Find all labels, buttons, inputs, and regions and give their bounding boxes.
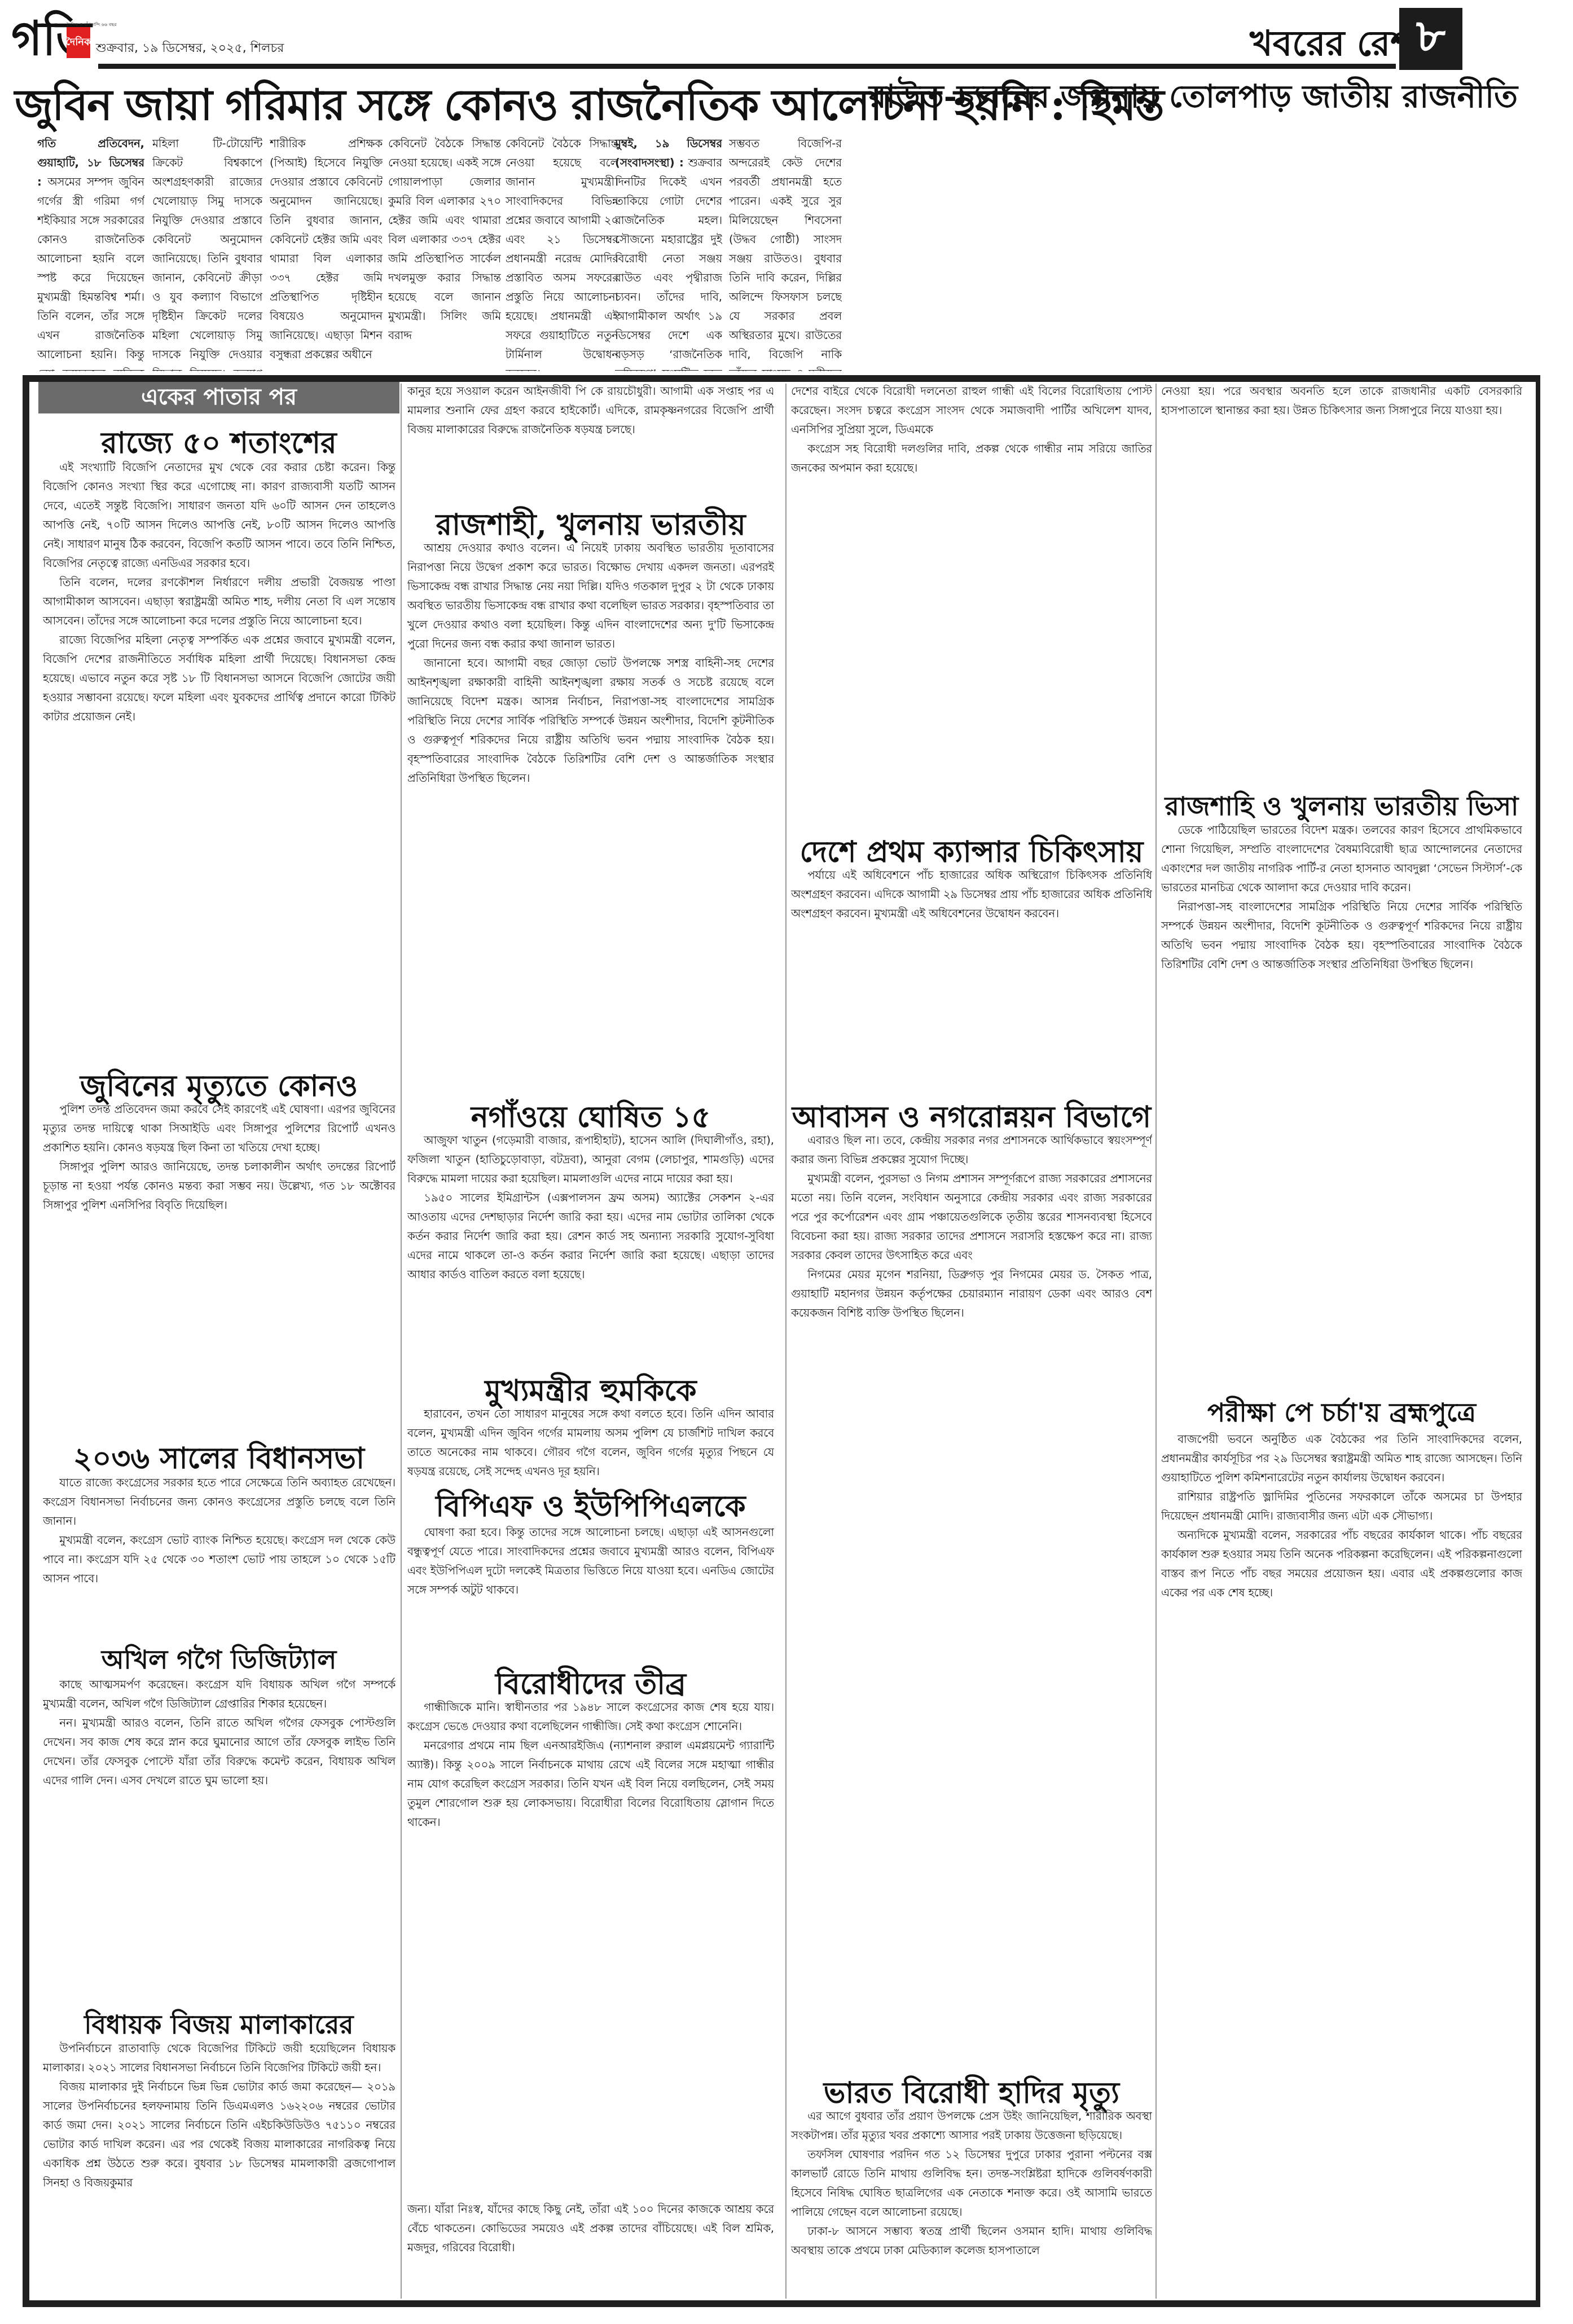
section-body: ডেকে পাঠিয়েছিল ভারতের বিদেশ মন্ত্রক। তল… — [1161, 821, 1522, 1379]
column-rule — [401, 384, 402, 2299]
paragraph: রাজ্যে বিজেপির মহিলা নেতৃত্ব সম্পর্কিত এ… — [43, 631, 396, 727]
paragraph: রাশিয়ার রাষ্ট্রপতি ভ্লাদিমির পুতিনের সফ… — [1161, 1487, 1522, 1526]
continued-banner: একের পাতার পর — [38, 382, 399, 413]
page-number: ৮ — [1399, 8, 1462, 70]
lead-story-col-3: শারীরিক প্রশিক্ষক (পিআই) হিসেবে নিযুক্তি… — [270, 134, 383, 371]
paragraph: নিরাপত্তা-সহ বাংলাদেশের সামগ্রিক পরিস্থি… — [1161, 897, 1522, 974]
paragraph: অন্যদিকে মুখ্যমন্ত্রী বলেন, সরকারের পাঁচ… — [1161, 1526, 1522, 1603]
paragraph: ১৯৫০ সালের ইমিগ্রান্টস (এক্সপালসন ফ্রম অ… — [407, 1189, 774, 1284]
paragraph: গান্ধীজিকে মানি। স্বাধীনতার পর ১৯৪৮ সালে… — [407, 1698, 774, 1736]
paragraph: দেশের বাইরে থেকে বিরোধী দলনেতা রাহুল গান… — [791, 382, 1152, 439]
section-body: দেশের বাইরে থেকে বিরোধী দলনেতা রাহুল গান… — [791, 382, 1152, 811]
paragraph: কাছে আত্মসমর্পণ করেছেন। কংগ্রেস যদি বিধা… — [43, 1675, 396, 1714]
paragraph: ঢাকা-৮ আসনে সম্ভাব্য স্বতন্ত্র প্রার্থী … — [791, 2222, 1152, 2260]
side-text: শুক্রবার দিনটির দিকেই এখন তাকিয়ে গোটা দ… — [615, 156, 722, 371]
paragraph: এই সংখ্যাটি বিজেপি নেতাদের মুখ থেকে বের … — [43, 458, 396, 573]
side-story-col-2: সম্ভবত বিজেপি-র অন্দরেরই কেউ দেশের পরবর্… — [729, 134, 842, 371]
section-name: খবরের রেশ — [1250, 17, 1411, 75]
paragraph: তিনি বলেন, দলের রণকৌশল নির্ধারণে দলীয় প… — [43, 573, 396, 631]
paragraph: নেওয়া হয়। পরে অবস্থার অবনতি হলে তাকে র… — [1161, 382, 1522, 420]
section-body: বাজপেয়ী ভবনে অনুষ্ঠিত এক বৈঠকের পর তিনি… — [1161, 1430, 1522, 2299]
section-body: কানুর হয়ে সওয়াল করেন আইনজীবী পি কে রায… — [407, 382, 774, 500]
section-body: উপনির্বাচনে রাতাবাড়ি থেকে বিজেপির টিকিট… — [43, 2039, 396, 2299]
column-rule — [785, 384, 786, 2299]
lead-headline: জুবিন জায়া গরিমার সঙ্গে কোনও রাজনৈতিক আ… — [15, 72, 861, 144]
paragraph: জানানো হবে। আগামী বছর জোড়া ভোট উপলক্ষে … — [407, 654, 774, 788]
section-body: যাতে রাজ্যে কংগ্রেসের সরকার হতে পারে সেক… — [43, 1473, 396, 1637]
lead-story-col-1: গতি প্রতিবেদন, গুয়াহাটি, ১৮ ডিসেম্বর : … — [37, 134, 144, 371]
lead-text: কেবিনেট বৈঠকে সিদ্ধান্ত নেওয়া হয়েছে বল… — [506, 134, 618, 371]
paragraph: বিজয় মালাকার দুই নির্বাচনে ভিন্ন ভিন্ন … — [43, 2077, 396, 2193]
paragraph: এবারও ছিল না। তবে, কেন্দ্রীয় সরকার নগর … — [791, 1131, 1152, 1169]
section-body: কাছে আত্মসমর্পণ করেছেন। কংগ্রেস যদি বিধা… — [43, 1675, 396, 2002]
logo-badge: দৈনিক — [67, 27, 90, 58]
lead-story-col-4: কেবিনেট বৈঠকে সিদ্ধান্ত নেওয়া হয়েছে। এ… — [388, 134, 501, 371]
side-text: সম্ভবত বিজেপি-র অন্দরেরই কেউ দেশের পরবর্… — [729, 134, 842, 371]
lead-text: মহিলা টি-টোয়েন্টি ক্রিকেট বিশ্বকাপে অংশ… — [152, 134, 262, 371]
paragraph: ঘোষণা করা হবে। কিন্তু তাদের সঙ্গে আলোচনা… — [407, 1523, 774, 1600]
paragraph: পর্যায়ে এই অধিবেশনে পাঁচ হাজারের অধিক অ… — [791, 866, 1152, 923]
column-rule — [1155, 384, 1157, 2299]
side-headline: রাউত-চ্যবনের জল্পনায় তোলপাড় জাতীয় রাজ… — [869, 72, 1467, 125]
section-body: আজুফা খাতুন (গড়েমারী বাজার, রূপাহীহাট),… — [407, 1131, 774, 1368]
section-body: আশ্রয় দেওয়ার কথাও বলেন। এ নিয়েই ঢাকায… — [407, 539, 774, 1069]
paragraph: জন্য। যাঁরা নিঃস্ব, যাঁদের কাছে কিছু নেই… — [407, 2200, 774, 2257]
paragraph: কংগ্রেস সহ বিরোধী দলগুলির দাবি, প্রকল্প … — [791, 439, 1152, 478]
paragraph: ডেকে পাঠিয়েছিল ভারতের বিদেশ মন্ত্রক। তল… — [1161, 821, 1522, 897]
newspaper-logo: গতি — [11, 8, 65, 68]
section-body: এই সংখ্যাটি বিজেপি নেতাদের মুখ থেকে বের … — [43, 458, 396, 1062]
paragraph: নিগমের মেয়র মৃগেন শরনিয়া, ডিব্রুগড় পু… — [791, 1265, 1152, 1323]
section-body: পুলিশ তদন্ত প্রতিবেদন জমা করবে সেই কারণে… — [43, 1100, 396, 1430]
side-story-col-1: মুম্বই, ১৯ ডিসেম্বর (সংবাদসংস্থা) : শুক্… — [615, 134, 722, 371]
paragraph: সিঙ্গাপুর পুলিশ আরও জানিয়েছে, তদন্ত চলা… — [43, 1157, 396, 1215]
paragraph: পুলিশ তদন্ত প্রতিবেদন জমা করবে সেই কারণে… — [43, 1100, 396, 1157]
paragraph: আশ্রয় দেওয়ার কথাও বলেন। এ নিয়েই ঢাকায… — [407, 539, 774, 654]
paragraph: মনরেগার প্রথমে নাম ছিল এনআরইজিএ (ন্যাশনা… — [407, 1736, 774, 1832]
lead-text: শারীরিক প্রশিক্ষক (পিআই) হিসেবে নিযুক্তি… — [270, 134, 383, 364]
lead-story-col-2: মহিলা টি-টোয়েন্টি ক্রিকেট বিশ্বকাপে অংশ… — [152, 134, 262, 371]
issue-date: শুক্রবার, ১৯ ডিসেম্বর, ২০২৫, শিলচর — [96, 38, 284, 59]
paragraph: কানুর হয়ে সওয়াল করেন আইনজীবী পি কে রায… — [407, 382, 774, 439]
paragraph: নন। মুখ্যমন্ত্রী আরও বলেন, তিনি রাতে অখি… — [43, 1714, 396, 1790]
lead-text: অসমের সম্পদ জুবিন গর্গের স্ত্রী গরিমা গর… — [37, 175, 144, 371]
lead-story-col-5: কেবিনেট বৈঠকে সিদ্ধান্ত নেওয়া হয়েছে বল… — [506, 134, 618, 371]
section-body: জন্য। যাঁরা নিঃস্ব, যাঁদের কাছে কিছু নেই… — [407, 2200, 774, 2299]
paragraph: উপনির্বাচনে রাতাবাড়ি থেকে বিজেপির টিকিট… — [43, 2039, 396, 2077]
section-body: গান্ধীজিকে মানি। স্বাধীনতার পর ১৯৪৮ সালে… — [407, 1698, 774, 2189]
paragraph: বাজপেয়ী ভবনে অনুষ্ঠিত এক বৈঠকের পর তিনি… — [1161, 1430, 1522, 1487]
masthead-rule — [98, 64, 1396, 69]
paragraph: তফসিল ঘোষণার পরদিন গত ১২ ডিসেম্বর দুপুরে… — [791, 2145, 1152, 2222]
paragraph: মুখ্যমন্ত্রী বলেন, কংগ্রেস ভোট ব্যাংক নি… — [43, 1531, 396, 1588]
section-body: নেওয়া হয়। পরে অবস্থার অবনতি হলে তাকে র… — [1161, 382, 1522, 788]
section-body: এর আগে বুধবার তাঁর প্রয়াণ উপলক্ষে প্রেস… — [791, 2107, 1152, 2299]
lead-text: কেবিনেট বৈঠকে সিদ্ধান্ত নেওয়া হয়েছে। এ… — [388, 134, 501, 345]
paragraph: আজুফা খাতুন (গড়েমারী বাজার, রূপাহীহাট),… — [407, 1131, 774, 1189]
paragraph: হারাবেন, তখন তো সাধারণ মানুষের সঙ্গে কথা… — [407, 1405, 774, 1481]
section-body: পর্যায়ে এই অধিবেশনে পাঁচ হাজারের অধিক অ… — [791, 866, 1152, 1091]
section-body: এবারও ছিল না। তবে, কেন্দ্রীয় সরকার নগর … — [791, 1131, 1152, 1932]
paragraph: মুখ্যমন্ত্রী বলেন, পুরসভা ও নিগম প্রশাসন… — [791, 1169, 1152, 1265]
section-body: ঘোষণা করা হবে। কিন্তু তাদের সঙ্গে আলোচনা… — [407, 1523, 774, 1658]
paragraph: যাতে রাজ্যে কংগ্রেসের সরকার হতে পারে সেক… — [43, 1473, 396, 1531]
paragraph: এর আগে বুধবার তাঁর প্রয়াণ উপলক্ষে প্রেস… — [791, 2107, 1152, 2145]
